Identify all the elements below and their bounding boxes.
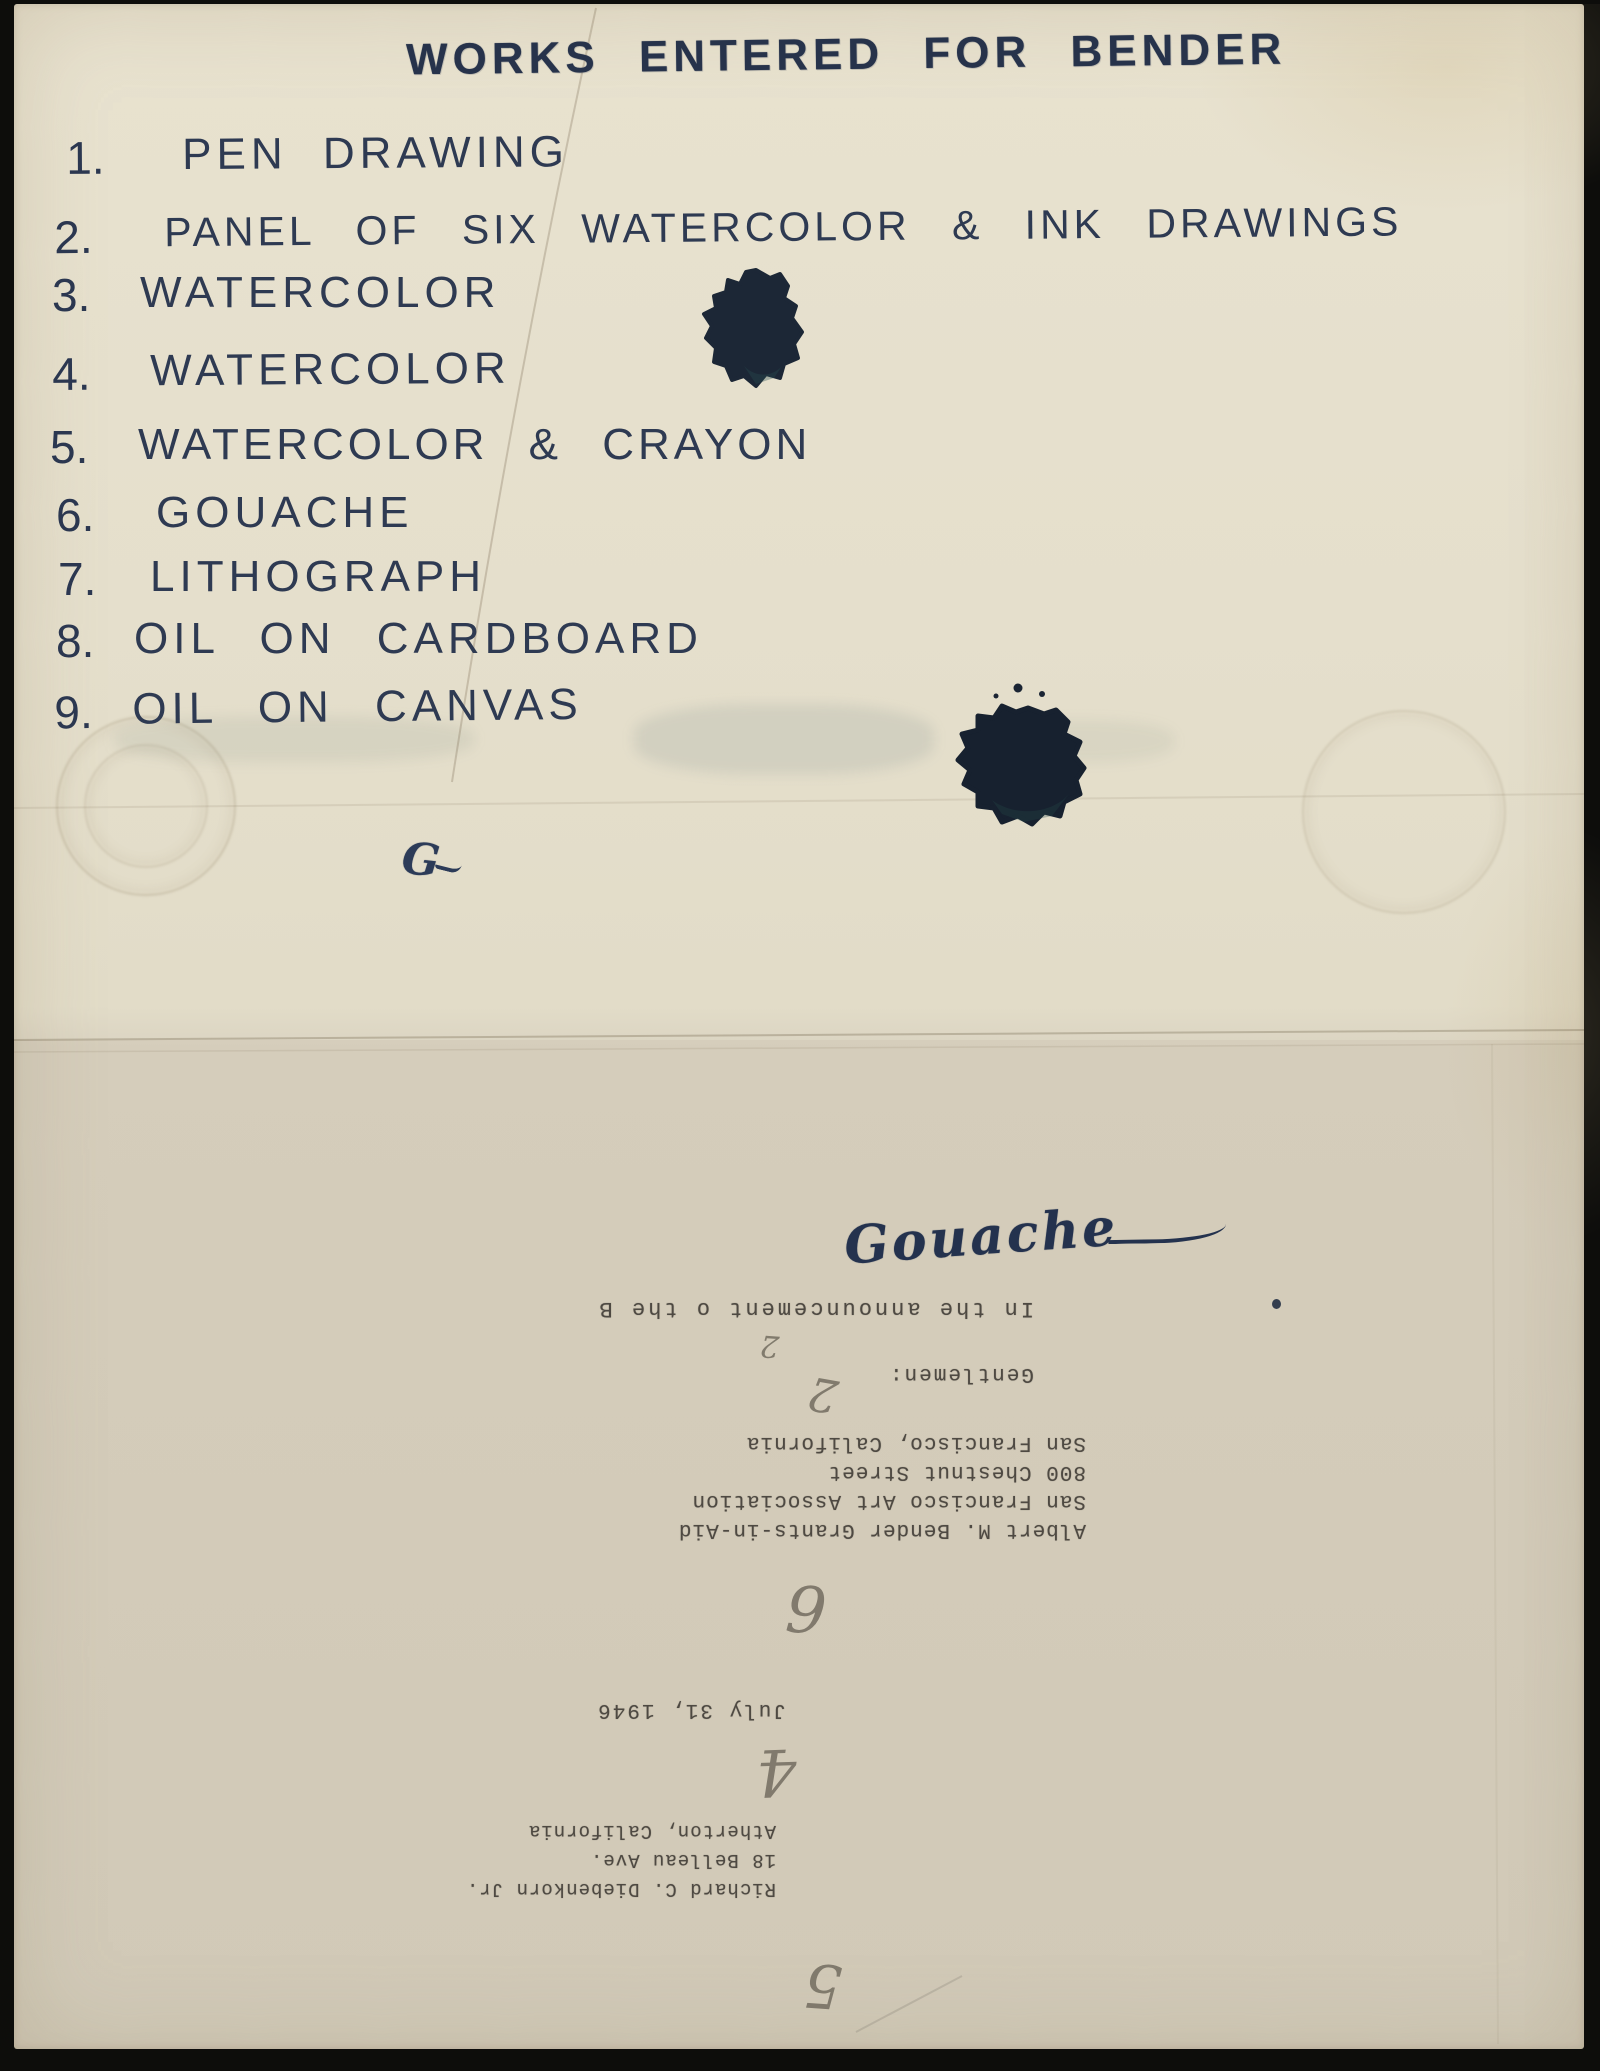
pencil-numeral: 5 [802,1949,845,2021]
pencil-numeral: 6 [783,1569,829,1646]
item-label: OIL ON CARDBOARD [134,614,703,664]
item-label: WATERCOLOR & CRAYON [138,420,811,470]
item-number: 8. [56,614,94,668]
address-line: San Francisco Art Association [702,1486,1086,1515]
gouache-annotation-tail [1108,1212,1227,1244]
item-number: 4. [52,347,91,401]
item-number: 5. [50,420,88,474]
typed-date-line: July 31, 1946 [590,1698,786,1721]
item-label: LITHOGRAPH [150,552,486,602]
typed-recipient-address-block: Albert M. Bender Grants-in-Aid San Franc… [702,1428,1086,1544]
item-label: PEN DRAWING [182,127,569,180]
paper-sheet: WORKS ENTERED FOR BENDER 1. PEN DRAWING … [14,4,1584,2049]
address-line: Atherton, California [492,1816,776,1845]
item-number: 7. [58,552,96,606]
address-line: Richard C. Diebenkorn Jr. [492,1874,776,1903]
item-label: WATERCOLOR [140,268,500,318]
item-number: 1. [66,131,105,185]
item-label: WATERCOLOR [150,344,511,397]
address-line: 800 Chestnut Street [702,1457,1086,1486]
address-line: San Francisco, California [702,1428,1086,1457]
address-line: Albert M. Bender Grants-in-Aid [702,1515,1086,1544]
typed-announcement-line: In the announcement o the B [594,1296,1034,1321]
item-number: 6. [56,488,94,542]
item-number: 9. [54,685,93,739]
scan-background: WORKS ENTERED FOR BENDER 1. PEN DRAWING … [0,0,1600,2071]
item-label: GOUACHE [156,488,413,538]
typed-salutation: Gentlemen: [880,1362,1034,1385]
initial-mark: G [400,833,469,890]
item-number: 2. [54,210,93,264]
pencil-numeral: 4 [755,1733,798,1808]
ink-blot-upper [674,256,844,426]
pencil-numeral: 2 [759,1327,780,1363]
item-number: 3. [52,268,90,322]
ink-dot [1272,1299,1281,1309]
address-line: 18 Belleau Ave. [492,1845,776,1874]
typed-sender-address-block: Richard C. Diebenkorn Jr. 18 Belleau Ave… [492,1816,776,1903]
item-label: OIL ON CANVAS [132,680,583,735]
ink-blot-lower [932,672,1142,852]
